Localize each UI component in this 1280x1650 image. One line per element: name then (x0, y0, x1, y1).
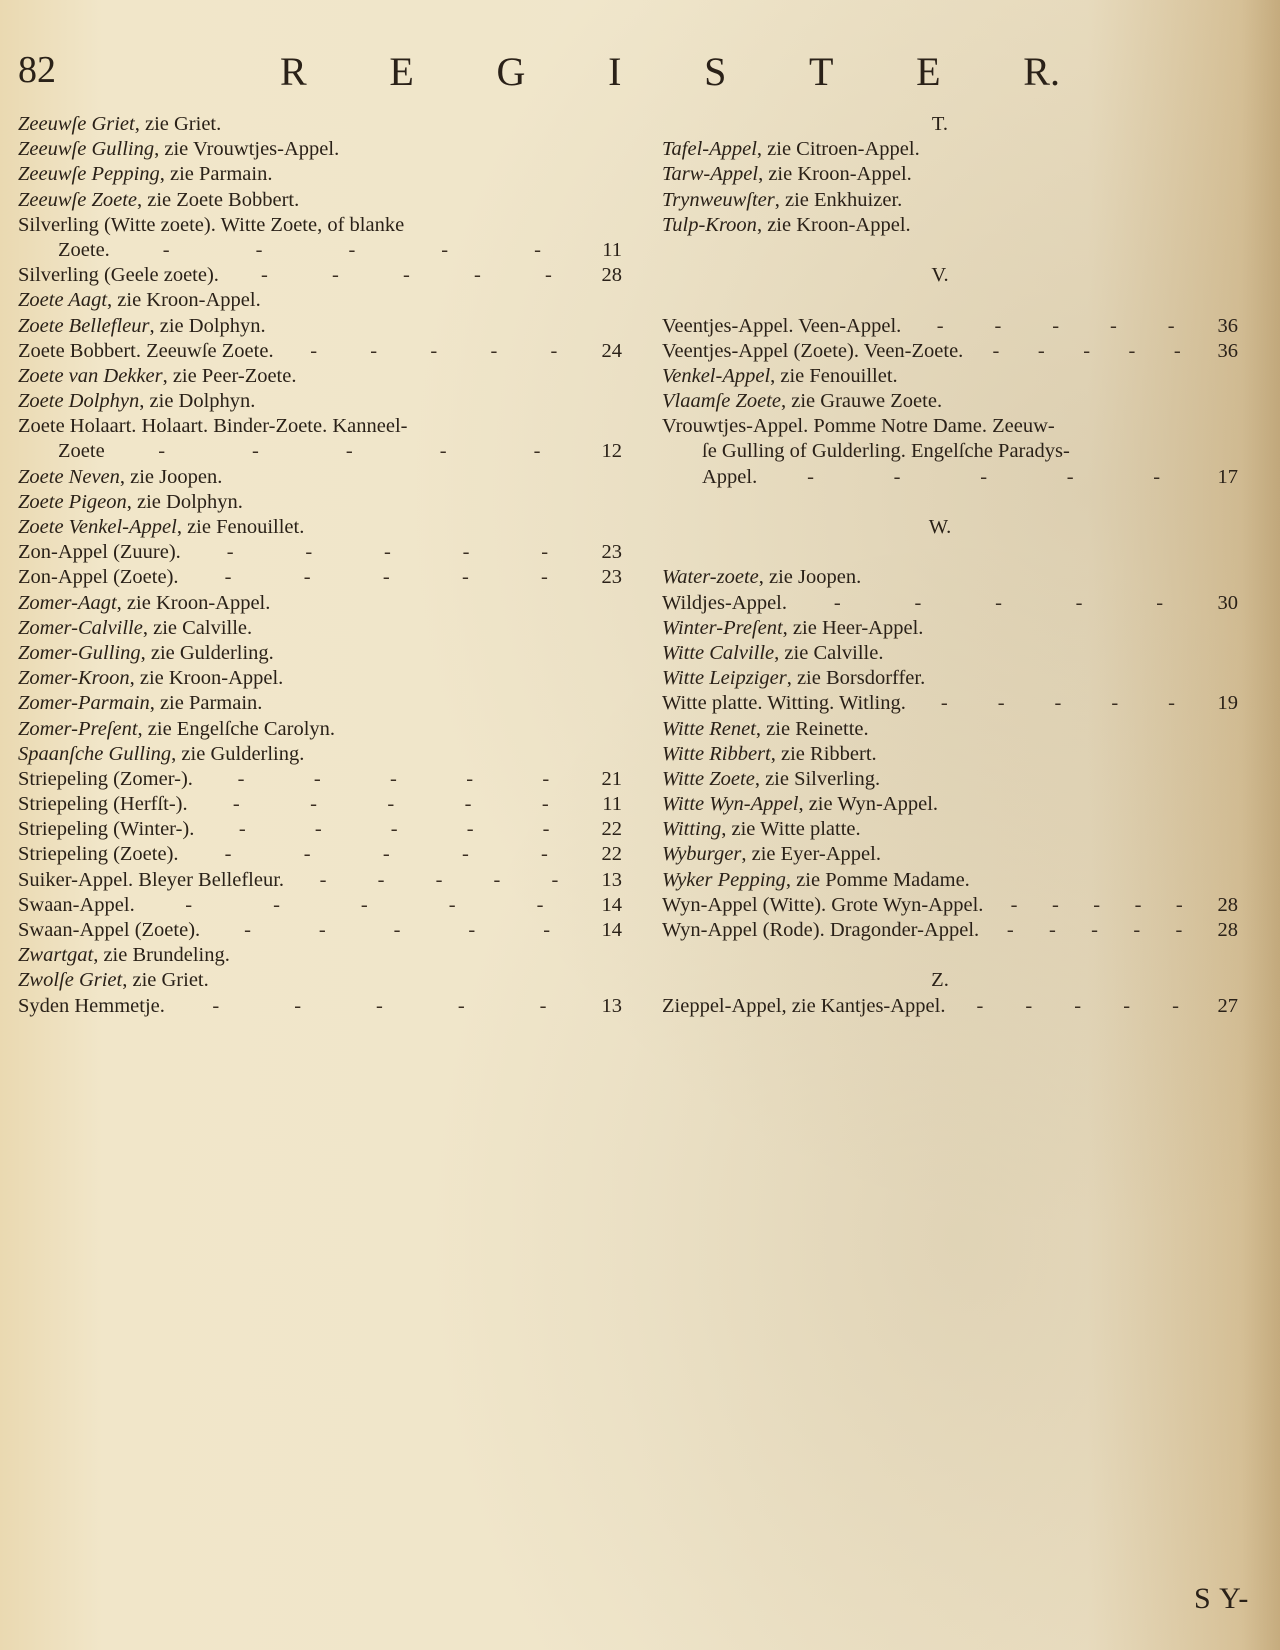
index-entry-crossref: Zomer-Calville, zie Calville. (18, 616, 622, 641)
leader-dash: - (1052, 893, 1059, 918)
entry-name: Zomer-Kroon (18, 666, 130, 691)
entry-name: Tarw-Appel (662, 162, 758, 187)
leader-dash: - (319, 918, 326, 943)
leader-dash: - (225, 565, 232, 590)
index-entry: Striepeling (Herfſt-).-----11 (18, 792, 622, 817)
leader-dash: - (1111, 691, 1118, 716)
entry-page-number: 19 (1210, 691, 1238, 716)
dot-leader: ----- (274, 339, 594, 364)
leader-dash: - (490, 339, 497, 364)
entry-text: Zoete Bobbert. Zeeuwſe Zoete. (18, 339, 274, 364)
section-letter: V. (662, 263, 1238, 288)
leader-dash: - (462, 842, 469, 867)
leader-dash: - (225, 842, 232, 867)
dot-leader: ----- (165, 994, 594, 1019)
entry-name: Vlaamſe Zoete (662, 389, 781, 414)
leader-dash: - (387, 792, 394, 817)
entry-text: Zon-Appel (Zuure). (18, 540, 181, 565)
entry-reference: , zie Kroon-Appel. (130, 666, 284, 691)
leader-dash: - (993, 339, 1000, 364)
entry-page-number: 28 (1210, 893, 1238, 918)
entry-reference: , zie Witte platte. (721, 817, 860, 842)
leader-dash: - (273, 893, 280, 918)
entry-text: Striepeling (Zomer-). (18, 767, 193, 792)
leader-dash: - (994, 314, 1001, 339)
entry-reference: , zie Peer-Zoete. (163, 364, 297, 389)
spacer (662, 943, 1238, 968)
entry-reference: , zie Wyn-Appel. (798, 792, 938, 817)
leader-dash: - (212, 994, 219, 1019)
entry-reference: , zie Calville. (143, 616, 252, 641)
leader-dash: - (440, 439, 447, 464)
leader-dash: - (541, 565, 548, 590)
entry-text: Zoete (58, 439, 105, 464)
index-entry: Silverling (Witte zoete). Witte Zoete, o… (18, 213, 622, 238)
index-entry-crossref: Witte Calville, zie Calville. (662, 641, 1238, 666)
entry-text: Zon-Appel (Zoete). (18, 565, 179, 590)
leader-dash: - (391, 817, 398, 842)
entry-name: Witte Zoete (662, 767, 755, 792)
leader-dash: - (294, 994, 301, 1019)
index-entry: Silverling (Geele zoete).-----28 (18, 263, 622, 288)
entry-page-number: 11 (594, 238, 622, 263)
index-entry: Wyn-Appel (Witte). Grote Wyn-Appel.-----… (662, 893, 1238, 918)
index-entry: Striepeling (Zomer-).-----21 (18, 767, 622, 792)
dot-leader: ----- (181, 540, 594, 565)
entry-name: Zoete Pigeon (18, 490, 127, 515)
entry-name: Trynweuwſter (662, 188, 775, 213)
leader-dash: - (314, 767, 321, 792)
leader-dash: - (244, 918, 251, 943)
leader-dash: - (998, 691, 1005, 716)
entry-reference: , zie Engelſche Carolyn. (138, 717, 336, 742)
entry-name: Zoete Aagt (18, 288, 107, 313)
entry-reference: , zie Fenouillet. (177, 515, 305, 540)
leader-dash: - (1038, 339, 1045, 364)
index-entry-crossref: Zwolſe Griet, zie Griet. (18, 968, 622, 993)
leader-dash: - (1110, 314, 1117, 339)
index-entry-crossref: Witting, zie Witte platte. (662, 817, 1238, 842)
entry-reference: , zie Dolphyn. (139, 389, 255, 414)
index-entry-crossref: Zeeuwſe Zoete, zie Zoete Bobbert. (18, 188, 622, 213)
index-entry: Veentjes-Appel. Veen-Appel.-----36 (662, 314, 1238, 339)
leader-dash: - (394, 918, 401, 943)
entry-text: Swaan-Appel. (18, 893, 135, 918)
index-entry-crossref: Zoete Venkel-Appel, zie Fenouillet. (18, 515, 622, 540)
leader-dash: - (383, 565, 390, 590)
dot-leader: ----- (188, 792, 594, 817)
leader-dash: - (1083, 339, 1090, 364)
section-letter: W. (662, 515, 1238, 540)
entry-text: Appel. (702, 465, 757, 490)
index-entry: Swaan-Appel.-----14 (18, 893, 622, 918)
index-entry-crossref: Zoete van Dekker, zie Peer-Zoete. (18, 364, 622, 389)
entry-name: Wyburger (662, 842, 741, 867)
leader-dash: - (304, 842, 311, 867)
index-entry: Suiker-Appel. Bleyer Bellefleur.-----13 (18, 868, 622, 893)
entry-page-number: 11 (594, 792, 622, 817)
leader-dash: - (430, 339, 437, 364)
leader-dash: - (1174, 339, 1181, 364)
leader-dash: - (449, 893, 456, 918)
index-entry-crossref: Zomer-Parmain, zie Parmain. (18, 691, 622, 716)
leader-dash: - (468, 918, 475, 943)
leader-dash: - (937, 314, 944, 339)
entry-page-number: 21 (594, 767, 622, 792)
entry-text: Wyn-Appel (Rode). Dragonder-Appel. (662, 918, 979, 943)
dot-leader: ----- (135, 893, 594, 918)
entry-text: Striepeling (Winter-). (18, 817, 194, 842)
leader-dash: - (807, 465, 814, 490)
leader-dash: - (1153, 465, 1160, 490)
entry-reference: , zie Fenouillet. (770, 364, 898, 389)
entry-name: Witting (662, 817, 721, 842)
entry-reference: , zie Heer-Appel. (783, 616, 924, 641)
index-entry-crossref: Zwartgat, zie Brundeling. (18, 943, 622, 968)
entry-text: Striepeling (Herfſt-). (18, 792, 188, 817)
entry-text: Striepeling (Zoete). (18, 842, 179, 867)
dot-leader: ----- (219, 263, 594, 288)
entry-reference: , zie Reinette. (756, 717, 869, 742)
page-title: R E G I S T E R. (280, 48, 1060, 95)
index-entry-crossref: Zomer-Gulling, zie Gulderling. (18, 641, 622, 666)
leader-dash: - (462, 565, 469, 590)
leader-dash: - (1133, 918, 1140, 943)
leader-dash: - (1055, 691, 1062, 716)
catchword: S Y- (1194, 1582, 1249, 1616)
entry-name: Zeeuwſe Zoete (18, 188, 137, 213)
index-entry: Zon-Appel (Zuure).-----23 (18, 540, 622, 565)
entry-reference: , zie Gulderling. (171, 742, 304, 767)
leader-dash: - (239, 817, 246, 842)
index-entry: Vrouwtjes-Appel. Pomme Notre Dame. Zeeuw… (662, 414, 1238, 439)
leader-dash: - (542, 792, 549, 817)
entry-text: Veentjes-Appel (Zoete). Veen-Zoete. (662, 339, 963, 364)
dot-leader: ----- (963, 339, 1210, 364)
leader-dash: - (540, 994, 547, 1019)
entry-page-number: 36 (1210, 339, 1238, 364)
entry-page-number: 27 (1210, 994, 1238, 1019)
index-entry-crossref: Zoete Bellefleur, zie Dolphyn. (18, 314, 622, 339)
entry-reference: , zie Griet. (135, 112, 222, 137)
spacer (662, 238, 1238, 263)
leader-dash: - (1007, 918, 1014, 943)
leader-dash: - (390, 767, 397, 792)
leader-dash: - (1129, 339, 1136, 364)
entry-page-number: 30 (1210, 591, 1238, 616)
index-entry-crossref: Zeeuwſe Gulling, zie Vrouwtjes-Appel. (18, 137, 622, 162)
entry-name: Zomer-Gulling (18, 641, 141, 666)
entry-text: Vrouwtjes-Appel. Pomme Notre Dame. Zeeuw… (662, 414, 1055, 439)
leader-dash: - (436, 868, 443, 893)
index-entry: Zoete Bobbert. Zeeuwſe Zoete.-----24 (18, 339, 622, 364)
leader-dash: - (304, 565, 311, 590)
entry-text: Silverling (Geele zoete). (18, 263, 219, 288)
entry-page-number: 13 (594, 868, 622, 893)
leader-dash: - (403, 263, 410, 288)
index-entry-crossref: Winter-Preſent, zie Heer-Appel. (662, 616, 1238, 641)
index-entry-crossref: Vlaamſe Zoete, zie Grauwe Zoete. (662, 389, 1238, 414)
title-letter: G (497, 48, 526, 95)
entry-reference: , zie Zoete Bobbert. (137, 188, 299, 213)
leader-dash: - (542, 767, 549, 792)
leader-dash: - (383, 842, 390, 867)
index-entry-crossref: Zomer-Preſent, zie Engelſche Carolyn. (18, 717, 622, 742)
entry-reference: , zie Kroon-Appel. (107, 288, 261, 313)
index-entry-crossref: Witte Zoete, zie Silverling. (662, 767, 1238, 792)
leader-dash: - (332, 263, 339, 288)
entry-name: Witte Wyn-Appel (662, 792, 798, 817)
index-entry-crossref: Witte Renet, zie Reinette. (662, 717, 1238, 742)
entry-name: Zeeuwſe Griet (18, 112, 135, 137)
index-entry-crossref: Wyker Pepping, zie Pomme Madame. (662, 868, 1238, 893)
leader-dash: - (543, 817, 550, 842)
index-entry: Zoete-----12 (18, 439, 622, 464)
entry-text: Suiker-Appel. Bleyer Bellefleur. (18, 868, 284, 893)
entry-reference: , zie Dolphyn. (150, 314, 266, 339)
entry-reference: , zie Joopen. (120, 465, 222, 490)
leader-dash: - (534, 439, 541, 464)
leader-dash: - (466, 767, 473, 792)
entry-text: Witte platte. Witting. Witling. (662, 691, 906, 716)
entry-name: Witte Renet (662, 717, 756, 742)
entry-name: Spaanſche Gulling (18, 742, 171, 767)
index-entry-crossref: Zomer-Aagt, zie Kroon-Appel. (18, 591, 622, 616)
index-entry-crossref: Zoete Aagt, zie Kroon-Appel. (18, 288, 622, 313)
dot-leader: ----- (110, 238, 594, 263)
entry-text: Silverling (Witte zoete). Witte Zoete, o… (18, 213, 404, 238)
entry-reference: , zie Kroon-Appel. (758, 162, 912, 187)
leader-dash: - (1049, 918, 1056, 943)
leader-dash: - (1011, 893, 1018, 918)
entry-reference: , zie Pomme Madame. (786, 868, 970, 893)
section-letter: Z. (662, 968, 1238, 993)
entry-reference: , zie Citroen-Appel. (757, 137, 920, 162)
leader-dash: - (1025, 994, 1032, 1019)
entry-page-number: 23 (594, 540, 622, 565)
leader-dash: - (378, 868, 385, 893)
leader-dash: - (315, 817, 322, 842)
index-entry: Syden Hemmetje.-----13 (18, 994, 622, 1019)
index-entry: Witte platte. Witting. Witling.-----19 (662, 691, 1238, 716)
entry-text: Veentjes-Appel. Veen-Appel. (662, 314, 901, 339)
leader-dash: - (1168, 314, 1175, 339)
title-letter: I (608, 48, 621, 95)
leader-dash: - (1074, 994, 1081, 1019)
entry-reference: , zie Ribbert. (771, 742, 877, 767)
entry-name: Zomer-Calville (18, 616, 143, 641)
entry-name: Zoete Venkel-Appel (18, 515, 177, 540)
spacer (662, 490, 1238, 515)
index-entry: Swaan-Appel (Zoete).-----14 (18, 918, 622, 943)
entry-reference: , zie Eyer-Appel. (741, 842, 881, 867)
entry-page-number: 14 (594, 893, 622, 918)
entry-text: Zieppel-Appel, zie Kantjes-Appel. (662, 994, 945, 1019)
index-entry-crossref: Zoete Pigeon, zie Dolphyn. (18, 490, 622, 515)
entry-name: Witte Ribbert (662, 742, 771, 767)
entry-text: Swaan-Appel (Zoete). (18, 918, 200, 943)
leader-dash: - (541, 842, 548, 867)
title-letter: S (704, 48, 726, 95)
entry-reference: , zie Parmain. (160, 162, 273, 187)
entry-name: Zwartgat (18, 943, 93, 968)
leader-dash: - (980, 465, 987, 490)
entry-name: Zwolſe Griet (18, 968, 122, 993)
dot-leader: ----- (901, 314, 1210, 339)
entry-text: Wyn-Appel (Witte). Grote Wyn-Appel. (662, 893, 983, 918)
leader-dash: - (1156, 591, 1163, 616)
dot-leader: ----- (757, 465, 1210, 490)
leader-dash: - (1168, 691, 1175, 716)
index-entry-crossref: Witte Leipziger, zie Borsdorffer. (662, 666, 1238, 691)
index-entry-crossref: Zoete Neven, zie Joopen. (18, 465, 622, 490)
index-entry-crossref: Wyburger, zie Eyer-Appel. (662, 842, 1238, 867)
section-letter: T. (662, 112, 1238, 137)
entry-page-number: 17 (1210, 465, 1238, 490)
dot-leader: ----- (105, 439, 594, 464)
leader-dash: - (1093, 893, 1100, 918)
entry-reference: , zie Borsdorffer. (787, 666, 926, 691)
index-column-right: T.Tafel-Appel, zie Citroen-Appel.Tarw-Ap… (662, 112, 1238, 1019)
title-letter: R. (1023, 48, 1060, 95)
leader-dash: - (467, 817, 474, 842)
leader-dash: - (534, 238, 541, 263)
spacer (662, 288, 1238, 313)
index-entry: Appel.-----17 (662, 465, 1238, 490)
entry-reference: , zie Silverling. (755, 767, 880, 792)
leader-dash: - (458, 994, 465, 1019)
leader-dash: - (474, 263, 481, 288)
index-entry-crossref: Tafel-Appel, zie Citroen-Appel. (662, 137, 1238, 162)
leader-dash: - (185, 893, 192, 918)
leader-dash: - (894, 465, 901, 490)
leader-dash: - (995, 591, 1002, 616)
leader-dash: - (834, 591, 841, 616)
entry-page-number: 22 (594, 842, 622, 867)
index-entry: Striepeling (Zoete).-----22 (18, 842, 622, 867)
dot-leader: ----- (983, 893, 1210, 918)
leader-dash: - (252, 439, 259, 464)
entry-name: Zoete Bellefleur (18, 314, 150, 339)
leader-dash: - (541, 540, 548, 565)
entry-text: ſe Gulling of Gulderling. Engelſche Para… (702, 439, 1070, 464)
entry-reference: , zie Kroon-Appel. (117, 591, 271, 616)
entry-page-number: 13 (594, 994, 622, 1019)
index-entry-crossref: Zomer-Kroon, zie Kroon-Appel. (18, 666, 622, 691)
entry-reference: , zie Gulderling. (141, 641, 274, 666)
entry-name: Zomer-Parmain (18, 691, 150, 716)
index-entry-crossref: Witte Ribbert, zie Ribbert. (662, 742, 1238, 767)
entry-reference: , zie Joopen. (759, 565, 861, 590)
leader-dash: - (361, 893, 368, 918)
leader-dash: - (256, 238, 263, 263)
leader-dash: - (310, 792, 317, 817)
entry-name: Zeeuwſe Pepping (18, 162, 160, 187)
leader-dash: - (384, 540, 391, 565)
entry-text: Zoete Holaart. Holaart. Binder-Zoete. Ka… (18, 414, 407, 439)
index-column-left: Zeeuwſe Griet, zie Griet.Zeeuwſe Gulling… (18, 112, 622, 1019)
page-header: 82 R E G I S T E R. (18, 48, 1280, 98)
leader-dash: - (1176, 918, 1183, 943)
leader-dash: - (1052, 314, 1059, 339)
entry-name: Wyker Pepping (662, 868, 786, 893)
entry-name: Zoete Dolphyn (18, 389, 139, 414)
entry-page-number: 28 (594, 263, 622, 288)
entry-name: Witte Calville (662, 641, 774, 666)
index-entry: Striepeling (Winter-).-----22 (18, 817, 622, 842)
dot-leader: ----- (179, 565, 594, 590)
leader-dash: - (158, 439, 165, 464)
entry-name: Zeeuwſe Gulling (18, 137, 154, 162)
index-entry: Wildjes-Appel.-----30 (662, 591, 1238, 616)
entry-page-number: 22 (594, 817, 622, 842)
dot-leader: ----- (284, 868, 594, 893)
leader-dash: - (238, 767, 245, 792)
entry-name: Zoete Neven (18, 465, 120, 490)
leader-dash: - (227, 540, 234, 565)
leader-dash: - (914, 591, 921, 616)
title-letter: T (809, 48, 833, 95)
leader-dash: - (348, 238, 355, 263)
leader-dash: - (1135, 893, 1142, 918)
page-number: 82 (18, 48, 56, 92)
leader-dash: - (465, 792, 472, 817)
dot-leader: ----- (979, 918, 1210, 943)
leader-dash: - (1076, 591, 1083, 616)
spacer (662, 540, 1238, 565)
entry-reference: , zie Kroon-Appel. (757, 213, 911, 238)
leader-dash: - (463, 540, 470, 565)
entry-name: Zomer-Preſent (18, 717, 138, 742)
index-entry-continuation: ſe Gulling of Gulderling. Engelſche Para… (662, 439, 1238, 464)
title-letter: E (916, 48, 940, 95)
entry-text: Wildjes-Appel. (662, 591, 787, 616)
leader-dash: - (537, 893, 544, 918)
entry-page-number: 23 (594, 565, 622, 590)
index-entry-crossref: Tarw-Appel, zie Kroon-Appel. (662, 162, 1238, 187)
index-entry: Zoete.-----11 (18, 238, 622, 263)
leader-dash: - (1172, 994, 1179, 1019)
index-entry: Zon-Appel (Zoete).-----23 (18, 565, 622, 590)
leader-dash: - (494, 868, 501, 893)
leader-dash: - (441, 238, 448, 263)
leader-dash: - (543, 918, 550, 943)
entry-reference: , zie Calville. (774, 641, 883, 666)
entry-page-number: 12 (594, 439, 622, 464)
leader-dash: - (1067, 465, 1074, 490)
entry-name: Tulp-Kroon (662, 213, 757, 238)
entry-page-number: 14 (594, 918, 622, 943)
leader-dash: - (1123, 994, 1130, 1019)
index-entry-crossref: Tulp-Kroon, zie Kroon-Appel. (662, 213, 1238, 238)
leader-dash: - (163, 238, 170, 263)
entry-name: Water-zoete (662, 565, 759, 590)
leader-dash: - (305, 540, 312, 565)
index-entry-crossref: Water-zoete, zie Joopen. (662, 565, 1238, 590)
entry-name: Zoete van Dekker (18, 364, 163, 389)
title-letter: E (389, 48, 413, 95)
entry-page-number: 28 (1210, 918, 1238, 943)
dot-leader: ----- (179, 842, 594, 867)
entry-page-number: 24 (594, 339, 622, 364)
leader-dash: - (346, 439, 353, 464)
index-entry: Zieppel-Appel, zie Kantjes-Appel.-----27 (662, 994, 1238, 1019)
index-entry-crossref: Zeeuwſe Griet, zie Griet. (18, 112, 622, 137)
dot-leader: ----- (193, 767, 594, 792)
entry-page-number: 36 (1210, 314, 1238, 339)
leader-dash: - (310, 339, 317, 364)
entry-name: Venkel-Appel (662, 364, 770, 389)
